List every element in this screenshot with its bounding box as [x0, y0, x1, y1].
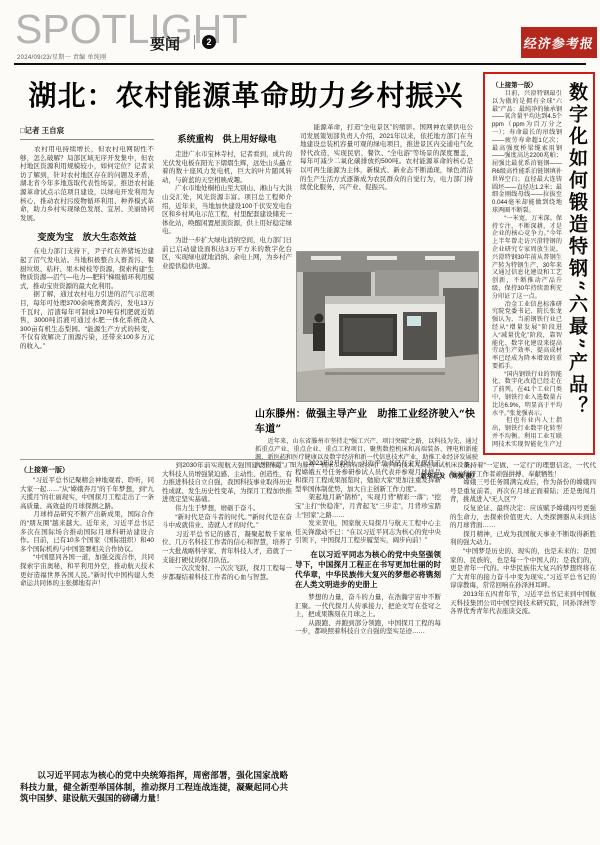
date-line: 2024/09/23/星期一 责编 单纯刚	[17, 52, 106, 61]
newspaper-page: SPOTLIGHT 要闻 2 2024/09/23/星期一 责编 单纯刚 经济参…	[0, 0, 600, 845]
bottom-column-3: 2021年2月22日，习近平总书记在会见探月工程嫦娥五号任务参研参试人员代表并参…	[295, 460, 441, 838]
bottom-col4-body: 秉持着“一定做、一定行”的理想信念，一代代航天科研工作者顽强拼搏、奉献牺牲！ 嫦…	[450, 462, 596, 617]
bottom-continued-tag: （上接第一版）	[20, 465, 154, 475]
page-number: 2	[206, 37, 211, 47]
factory-photo-illustration	[297, 252, 478, 401]
section-divider	[20, 459, 288, 460]
boxed-article: （上接第一版） 目前，兴澄特钢最引以为傲的是拥有全球“六最”产品：最纯净的轴承钢…	[483, 72, 595, 455]
lead-column-1: 农村用电持续增长，但农村电网韧性不够，怎么破解？局部区域无序开发集中，但农村地区…	[20, 146, 154, 457]
bottom-col3-top: 2021年2月22日，习近平总书记在会见探月工程嫦娥五号任务参研参试人员代表并参…	[295, 460, 441, 546]
lead-col2-body: 走进广水市宝林寺村，记者看到，成片的光伏发电板在阳光下熠熠生辉，远处山头矗立着的…	[162, 151, 292, 271]
byline-rule	[20, 139, 154, 140]
bottom-column-1: （上接第一版） “习近平总书记聚精会神地观看、聆听，同大家一起……”从“嫦娥奔月…	[20, 465, 154, 766]
lead-subhead-1: 变废为宝 放大生态效益	[20, 230, 154, 243]
bottom-col3-bottom: 梦想的力量，奋斗的力量，在浩瀚宇宙中不断汇聚。一代代探月人传承接力，把论文写在苍…	[295, 594, 441, 637]
bottom-col2-body: 到2030年前实现航天强国建设目标，广大科技人员增强紧迫感、主动性、创造性，有力…	[162, 462, 292, 582]
photo-caption-title: 山东滕州：做强主导产业 助推工业经济驶入“快车道”	[255, 405, 478, 435]
boxed-continued-tag: （上接第一版）	[492, 80, 537, 89]
bottom-highlight-quote: 在以习近平同志为核心的党中央坚强领导下，中国探月工程正在书写更加壮丽的时代华章，…	[295, 550, 441, 590]
lead-col3-body: 能源革命，打造“全电景区”的缩影。国网神农架供电公司发展策划部负责人介绍，202…	[300, 124, 473, 193]
lead-headline: 湖北：农村能源革命助力乡村振兴	[28, 74, 464, 114]
header-divider	[194, 35, 195, 49]
boxed-vertical-headline: 数字化如何锻造特钢“六最”产品？	[564, 82, 591, 445]
lead-subhead-2: 系统重构 供上用好绿电	[162, 132, 292, 145]
section-title-cn: 要闻	[150, 33, 180, 54]
lead-column-3: 能源革命，打造“全电景区”的缩影。国网神农架供电公司发展策划部负责人介绍，202…	[300, 124, 473, 246]
lead-col1-body: 在电力部门支持下，尹子红在养猪场边建起了沼气发电站。当地积极整合人畜粪污、餐厨垃…	[20, 248, 154, 351]
masthead-title: 经济参考报	[523, 33, 596, 52]
masthead-logo: 经济参考报	[521, 27, 597, 58]
boxed-body: 目前，兴澄特钢最引以为傲的是拥有全球“六最”产品：最纯净的轴承钢——氧含量平均达…	[492, 90, 562, 448]
lead-byline: □记者 王自宸	[20, 125, 64, 136]
bottom-bold-paragraph: 以习近平同志为核心的党中央统筹指挥，周密部署，强化国家战略科技力量，健全新型举国…	[20, 770, 288, 838]
news-photo	[297, 252, 478, 401]
bottom-column-4: 秉持着“一定做、一定行”的理想信念，一代代航天科研工作者顽强拼搏、奉献牺牲！ 嫦…	[450, 462, 596, 838]
lead-col1-intro: 农村用电持续增长，但农村电网韧性不够，怎么破解？局部区域无序开发集中，但农村地区…	[20, 146, 154, 223]
bottom-column-2: 到2030年前实现航天强国建设目标，广大科技人员增强紧迫感、主动性、创造性，有力…	[162, 462, 292, 766]
page-number-badge: 2	[202, 35, 216, 49]
header-rule	[14, 63, 586, 65]
bottom-col1-body: “习近平总书记聚精会神地观看、聆听，同大家一起……”从“嫦娥奔月”的千年梦想，到…	[20, 477, 154, 589]
